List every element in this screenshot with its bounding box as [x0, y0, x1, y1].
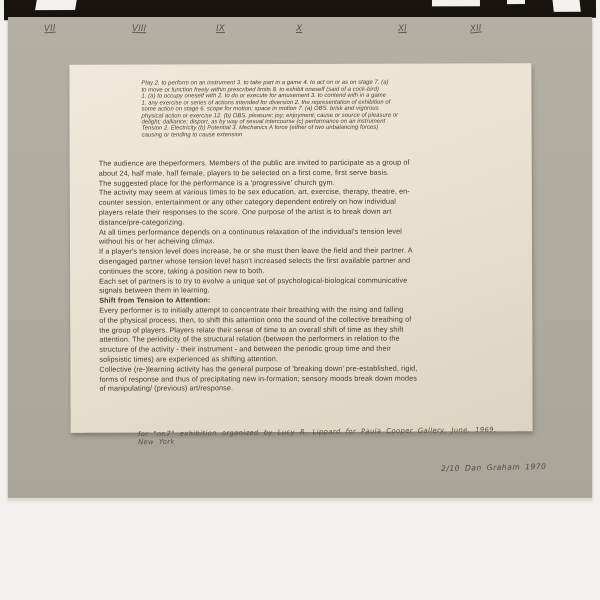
- plate-numeral: VII: [44, 24, 56, 35]
- typed-score-sheet: Play 2. to perform on an instrument 3. t…: [69, 63, 532, 433]
- definition-tension: Tension 2. Electricity (b) Potential 3. …: [142, 124, 476, 138]
- definition-play: Play 2. to perform on an instrument 3. t…: [141, 79, 475, 126]
- tape-gap: [507, 0, 525, 4]
- plate-numeral: IX: [216, 24, 225, 34]
- score-body-second: Every performer is to initially attempt …: [99, 304, 511, 394]
- artwork-photo: VII VIII IX X XI XII Play 2. to perform …: [0, 0, 600, 600]
- plate-numeral: VIII: [132, 24, 146, 34]
- handwritten-inscription: for "nr.7" exhibition organized by Lucy …: [138, 426, 498, 446]
- edition-and-signature: 2/10 Dan Graham 1970: [441, 462, 547, 473]
- mount-board: VII VIII IX X XI XII Play 2. to perform …: [8, 17, 592, 498]
- plate-numeral: X: [296, 24, 302, 34]
- board-shadow-edge: [8, 498, 592, 501]
- plate-numeral: XI: [398, 24, 407, 34]
- score-body-first: The audience are theperformers. Members …: [99, 157, 511, 296]
- tape-gap: [432, 0, 480, 6]
- tape-gap: [35, 0, 77, 10]
- plate-numeral: XII: [470, 23, 482, 34]
- tape-gap: [552, 0, 581, 12]
